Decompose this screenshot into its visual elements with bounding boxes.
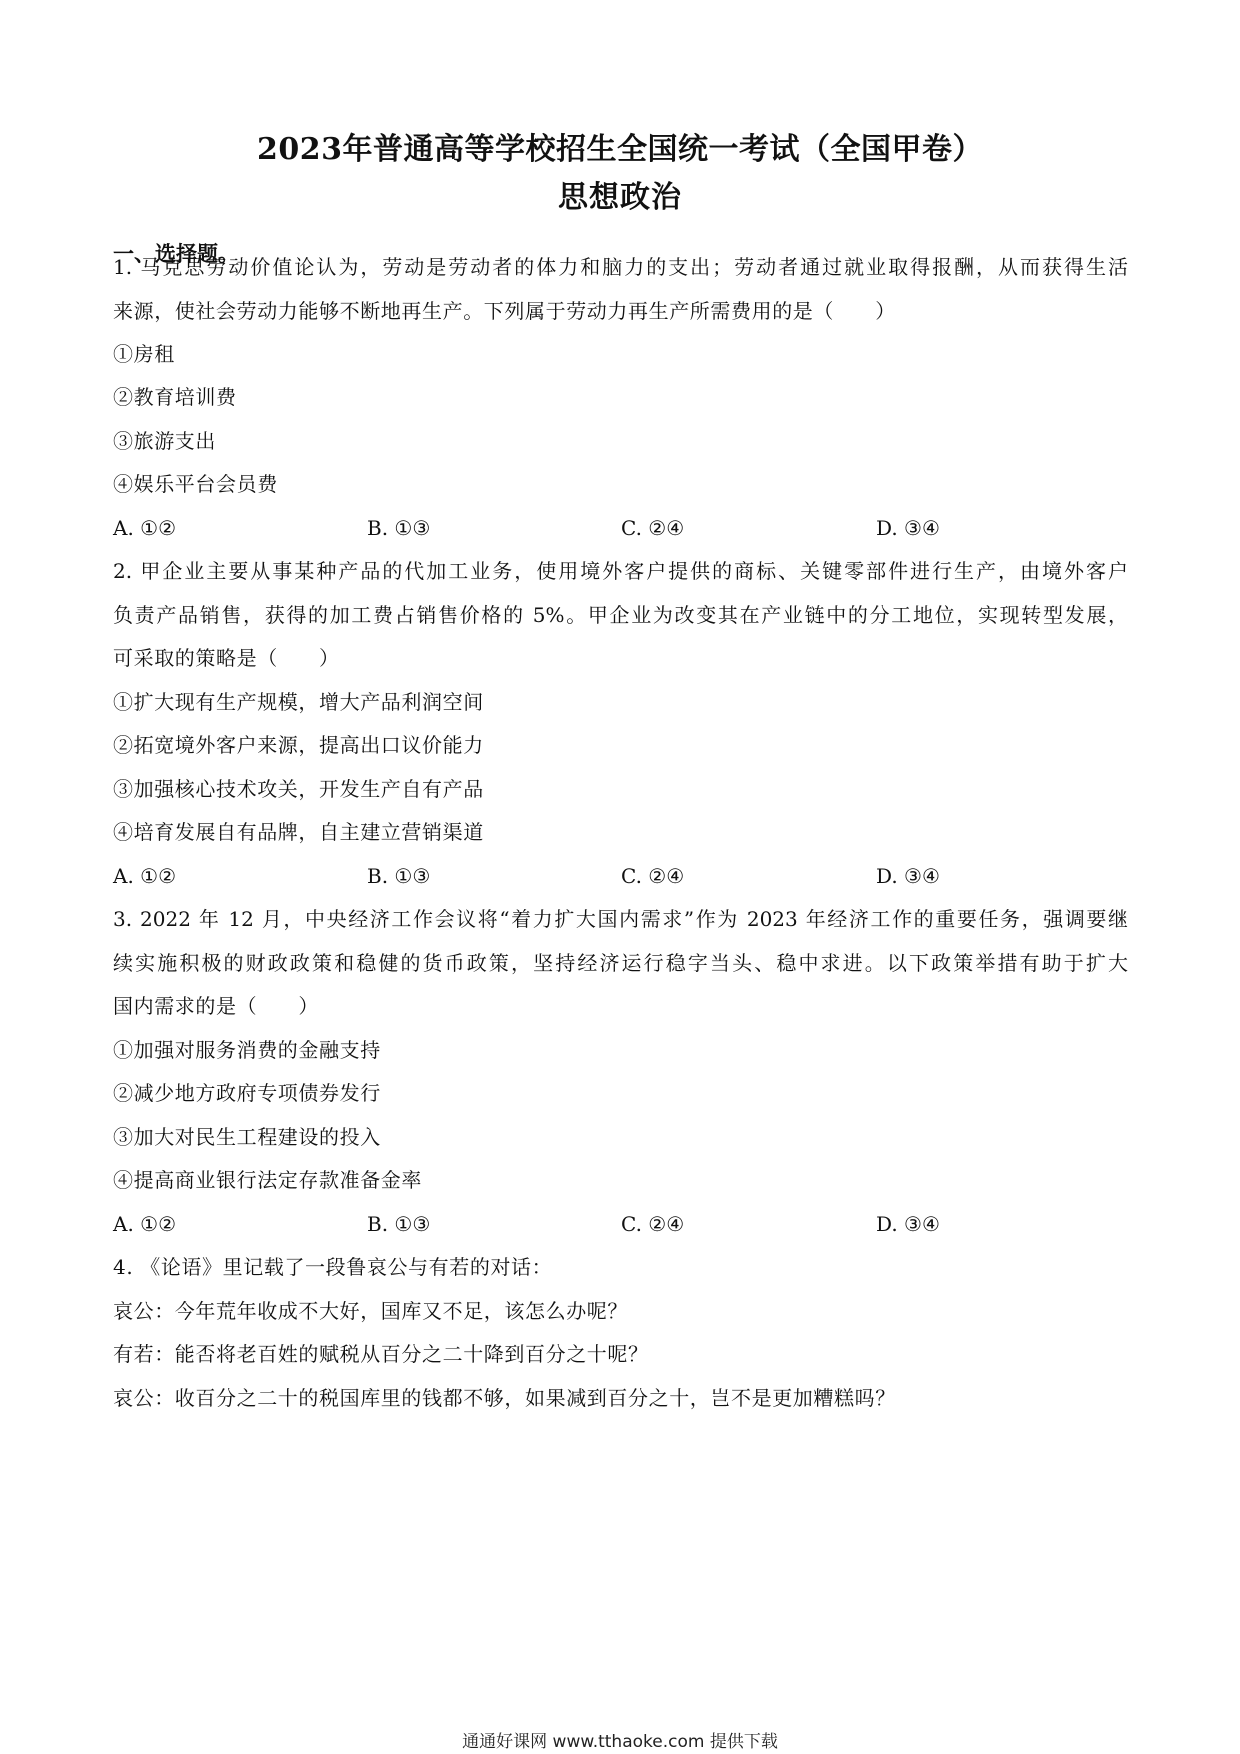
option-a[interactable]: A. ①② <box>113 514 176 542</box>
statement-item: ②教育培训费 <box>113 383 237 411</box>
statement-item: ③加大对民生工程建设的投入 <box>113 1123 381 1151</box>
question-stem-line: 国内需求的是（ ） <box>113 992 319 1020</box>
option-d[interactable]: D. ③④ <box>876 862 940 890</box>
question-stem-line: 可采取的策略是（ ） <box>113 644 340 672</box>
statement-item: ④娱乐平台会员费 <box>113 470 278 498</box>
option-b[interactable]: B. ①③ <box>367 514 430 542</box>
statement-item: ①扩大现有生产规模，增大产品利润空间 <box>113 688 484 716</box>
statement-item: ④培育发展自有品牌，自主建立营销渠道 <box>113 818 484 846</box>
answer-options: A. ①② B. ①③ C. ②④ D. ③④ <box>113 862 1133 890</box>
dialogue-line: 哀公：今年荒年收成不大好，国库又不足，该怎么办呢？ <box>113 1297 628 1325</box>
question-stem-line: 2. 甲企业主要从事某种产品的代加工业务，使用境外客户提供的商标、关键零部件进行… <box>113 557 1128 585</box>
question-stem-line: 负责产品销售，获得的加工费占销售价格的 5%。甲企业为改变其在产业链中的分工地位… <box>113 601 1128 629</box>
statement-item: ③旅游支出 <box>113 427 216 455</box>
question-stem-line: 3. 2022 年 12 月，中央经济工作会议将“着力扩大国内需求”作为 202… <box>113 905 1128 933</box>
question-stem-line: 1. 马克思劳动价值论认为，劳动是劳动者的体力和脑力的支出；劳动者通过就业取得报… <box>113 253 1128 281</box>
question-stem-line: 续实施积极的财政政策和稳健的货币政策，坚持经济运行稳字当头、稳中求进。以下政策举… <box>113 949 1128 977</box>
subject-title: 思想政治 <box>0 172 1240 216</box>
question-stem-line: 来源，使社会劳动力能够不断地再生产。下列属于劳动力再生产所需费用的是（ ） <box>113 297 896 325</box>
statement-item: ③加强核心技术攻关，开发生产自有产品 <box>113 775 484 803</box>
option-b[interactable]: B. ①③ <box>367 862 430 890</box>
statement-item: ①加强对服务消费的金融支持 <box>113 1036 381 1064</box>
statement-item: ②减少地方政府专项债券发行 <box>113 1079 381 1107</box>
question-stem-line: 4. 《论语》里记载了一段鲁哀公与有若的对话： <box>113 1253 552 1281</box>
option-a[interactable]: A. ①② <box>113 1210 176 1238</box>
answer-options: A. ①② B. ①③ C. ②④ D. ③④ <box>113 1210 1133 1238</box>
option-d[interactable]: D. ③④ <box>876 514 940 542</box>
footer-watermark: 通通好课网 www.tthaoke.com 提供下载 <box>0 1727 1240 1752</box>
option-d[interactable]: D. ③④ <box>876 1210 940 1238</box>
option-a[interactable]: A. ①② <box>113 862 176 890</box>
option-b[interactable]: B. ①③ <box>367 1210 430 1238</box>
statement-item: ①房租 <box>113 340 175 368</box>
exam-title: 2023年普通高等学校招生全国统一考试（全国甲卷） <box>0 124 1240 168</box>
answer-options: A. ①② B. ①③ C. ②④ D. ③④ <box>113 514 1133 542</box>
dialogue-line: 有若：能否将老百姓的赋税从百分之二十降到百分之十呢？ <box>113 1340 649 1368</box>
option-c[interactable]: C. ②④ <box>621 514 684 542</box>
statement-item: ②拓宽境外客户来源，提高出口议价能力 <box>113 731 484 759</box>
dialogue-line: 哀公：收百分之二十的税国库里的钱都不够，如果减到百分之十，岂不是更加糟糕吗？ <box>113 1384 896 1412</box>
option-c[interactable]: C. ②④ <box>621 862 684 890</box>
exam-page: 2023年普通高等学校招生全国统一考试（全国甲卷） 思想政治 一、选择题。 1.… <box>0 0 1240 1754</box>
statement-item: ④提高商业银行法定存款准备金率 <box>113 1166 422 1194</box>
option-c[interactable]: C. ②④ <box>621 1210 684 1238</box>
